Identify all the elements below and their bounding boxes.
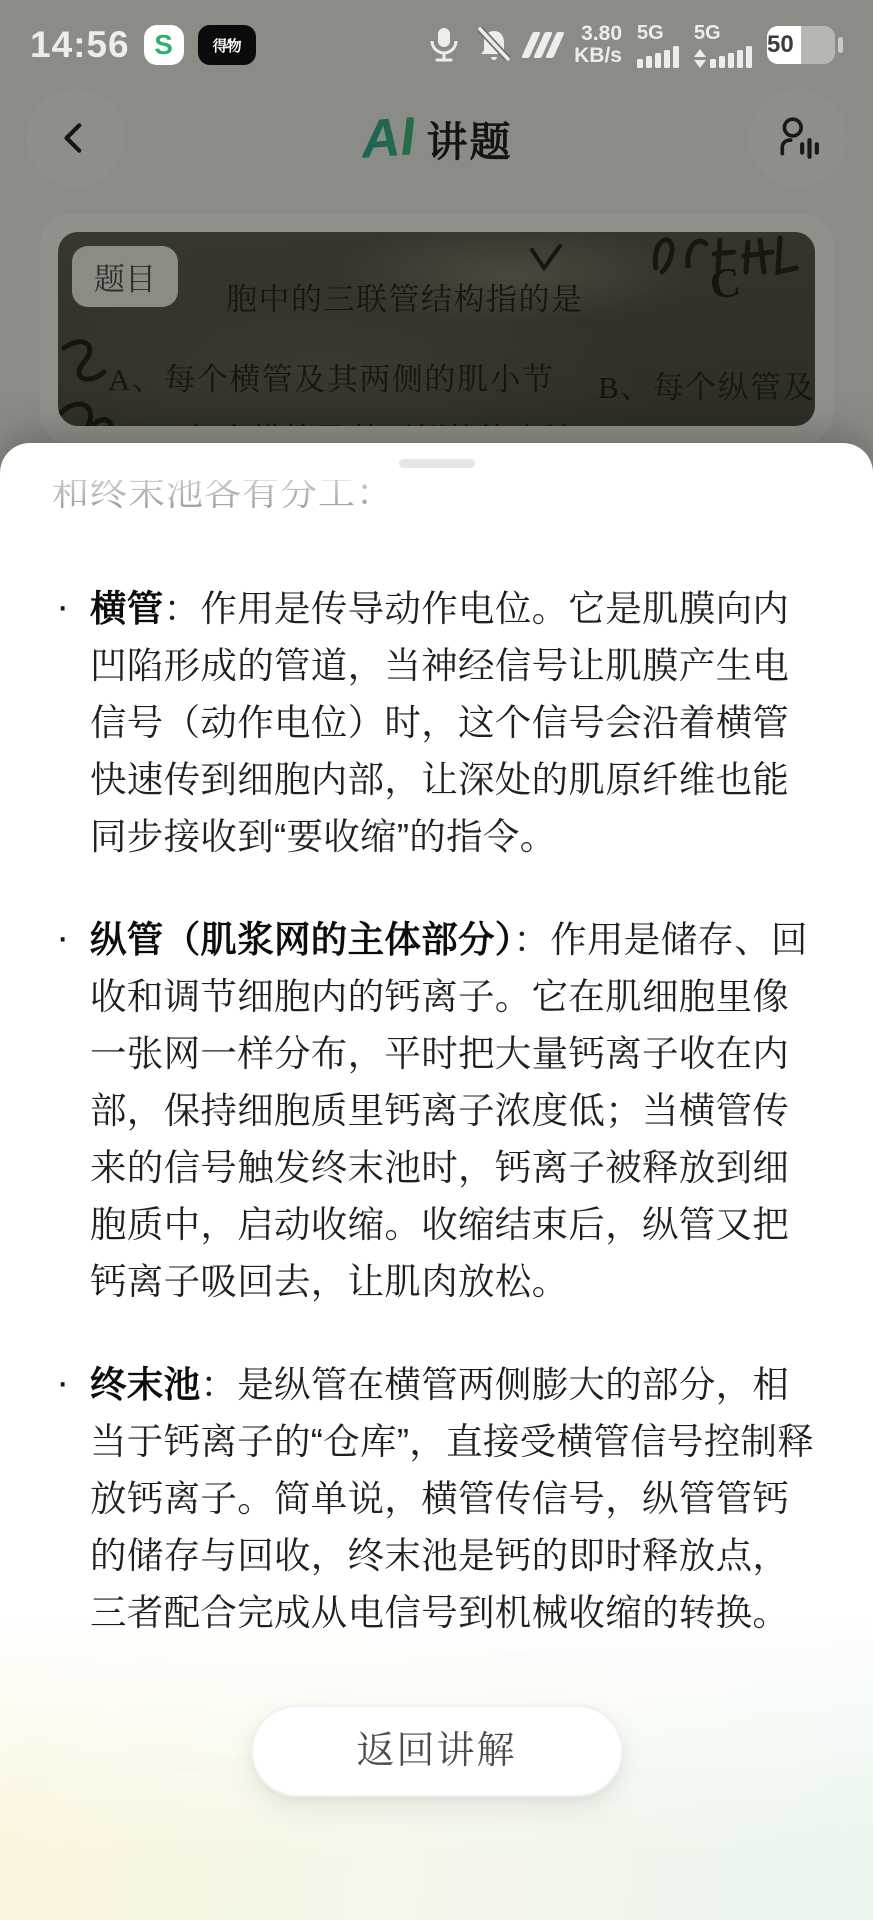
battery-nub bbox=[838, 37, 843, 53]
clock: 14:56 bbox=[30, 24, 130, 66]
item-label: 横管 bbox=[90, 588, 164, 629]
sim1-signal: 5G bbox=[637, 23, 679, 68]
battery-icon: 50 bbox=[767, 26, 835, 64]
sim2-signal-bars-icon bbox=[710, 46, 752, 68]
item-colon: ： bbox=[164, 588, 201, 629]
item-label: 终末池 bbox=[90, 1364, 200, 1405]
network-speed: 3.80 KB/s bbox=[574, 23, 622, 67]
green-s-app-icon: S bbox=[144, 25, 184, 65]
phone-screen: AI 讲题 题目 bbox=[0, 0, 873, 1920]
slanted-bars-icon bbox=[521, 32, 565, 58]
button-row: 返回讲解 bbox=[52, 1705, 821, 1797]
network-speed-value: 3.80 bbox=[574, 23, 622, 45]
sim1-network-type: 5G bbox=[637, 23, 664, 43]
bullet-icon: · bbox=[56, 909, 70, 966]
battery-indicator: 50 bbox=[767, 26, 843, 64]
list-item: ·横管：作用是传导动作电位。它是肌膜向内凹陷形成的管道，当神经信号让肌膜产生电信… bbox=[52, 580, 821, 865]
notifications-muted-icon bbox=[476, 26, 512, 64]
item-colon: ： bbox=[200, 1364, 237, 1405]
explanation-bottom-sheet: 和终末池各有分工： ·横管：作用是传导动作电位。它是肌膜向内凹陷形成的管道，当神… bbox=[0, 443, 873, 1920]
explanation-list: ·横管：作用是传导动作电位。它是肌膜向内凹陷形成的管道，当神经信号让肌膜产生电信… bbox=[52, 580, 821, 1641]
item-label: 纵管（肌浆网的主体部分） bbox=[90, 919, 513, 960]
battery-percent: 50 bbox=[767, 31, 794, 58]
sim1-signal-bars-icon bbox=[637, 46, 679, 68]
microphone-icon bbox=[427, 26, 461, 64]
list-item: ·终末池：是纵管在横管两侧膨大的部分，相当于钙离子的“仓库”，直接受横管信号控制… bbox=[52, 1356, 821, 1641]
clipped-previous-line: 和终末池各有分工： bbox=[52, 480, 821, 528]
drag-handle[interactable] bbox=[399, 459, 475, 468]
list-item: ·纵管（肌浆网的主体部分）：作用是储存、回收和调节细胞内的钙离子。它在肌细胞里像… bbox=[52, 911, 821, 1310]
item-colon: ： bbox=[513, 919, 550, 960]
data-updown-arrows-icon bbox=[694, 49, 706, 68]
sim2-network-type: 5G bbox=[694, 23, 721, 43]
bullet-icon: · bbox=[56, 578, 70, 635]
return-to-explanation-button[interactable]: 返回讲解 bbox=[251, 1705, 623, 1797]
sheet-scroll-area[interactable]: 和终末池各有分工： ·横管：作用是传导动作电位。它是肌膜向内凹陷形成的管道，当神… bbox=[0, 459, 873, 1797]
status-bar: 14:56 S 得物 3.80 KB/s 5G bbox=[0, 0, 873, 78]
bullet-icon: · bbox=[56, 1354, 70, 1411]
item-text: 作用是储存、回收和调节细胞内的钙离子。它在肌细胞里像一张网一样分布，平时把大量钙… bbox=[90, 919, 808, 1302]
app-badge-icon: 得物 bbox=[198, 25, 256, 65]
sim2-signal: 5G bbox=[694, 23, 752, 68]
network-speed-unit: KB/s bbox=[574, 45, 622, 67]
